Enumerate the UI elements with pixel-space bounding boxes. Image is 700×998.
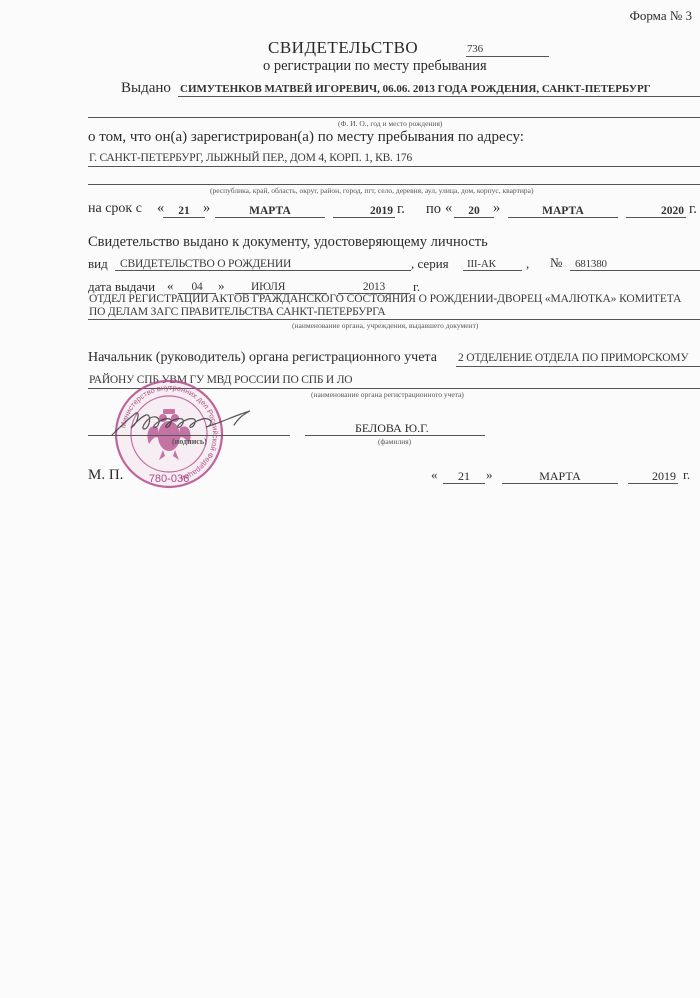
identity-doc-heading: Свидетельство выдано к документу, удосто… bbox=[88, 234, 488, 251]
document-title: СВИДЕТЕЛЬСТВО bbox=[268, 38, 418, 58]
series-label: , серия bbox=[411, 256, 449, 272]
series-value: III-АК bbox=[467, 258, 496, 270]
period-to-year: 2020 bbox=[626, 205, 684, 217]
year-suffix: г. bbox=[397, 201, 405, 218]
authority-hint: (наименование органа регистрационного уч… bbox=[311, 390, 464, 399]
issued-to-hint: (Ф. И. О., год и место рождения) bbox=[338, 119, 442, 128]
authority-label: Начальник (руководитель) органа регистра… bbox=[88, 350, 437, 366]
quote-close: » bbox=[486, 467, 493, 483]
issuer-line-2: ПО ДЕЛАМ ЗАГС ПРАВИТЕЛЬСТВА САНКТ-ПЕТЕРБ… bbox=[89, 306, 386, 318]
official-surname: БЕЛОВА Ю.Г. bbox=[355, 421, 429, 436]
issue-day: 04 bbox=[178, 281, 216, 293]
quote-close: » bbox=[218, 278, 225, 294]
authority-value-line-1: 2 ОТДЕЛЕНИЕ ОТДЕЛА ПО ПРИМОРСКОМУ bbox=[458, 352, 688, 364]
issued-to-label: Выдано bbox=[121, 80, 171, 97]
sign-year: 2019 bbox=[628, 469, 676, 484]
year-suffix: г. bbox=[689, 201, 697, 218]
doc-type-label: вид bbox=[88, 256, 108, 272]
issuer-line-1: ОТДЕЛ РЕГИСТРАЦИИ АКТОВ ГРАЖДАНСКОГО СОС… bbox=[89, 293, 681, 305]
certificate-number: 736 bbox=[467, 43, 483, 55]
quote-close: » bbox=[203, 200, 210, 217]
issuer-hint: (наименование органа, учреждения, выдавш… bbox=[292, 321, 478, 330]
period-to-label: по bbox=[426, 201, 441, 218]
signature-hint: (подпись) bbox=[172, 437, 207, 446]
form-number: Форма № 3 bbox=[630, 8, 692, 24]
sign-month: МАРТА bbox=[502, 469, 618, 484]
quote-open: « bbox=[431, 467, 438, 483]
comma: , bbox=[526, 256, 529, 272]
number-value: 681380 bbox=[575, 258, 607, 270]
quote-open: « bbox=[445, 200, 452, 217]
period-from-day: 21 bbox=[163, 205, 205, 217]
quote-close: » bbox=[493, 200, 500, 217]
issue-month: ИЮЛЯ bbox=[235, 281, 327, 293]
seal-place-label: М. П. bbox=[88, 467, 123, 484]
address-label: о том, что он(а) зарегистрирован(а) по м… bbox=[88, 129, 524, 146]
sign-day: 21 bbox=[443, 469, 485, 484]
doc-type-value: СВИДЕТЕЛЬСТВО О РОЖДЕНИИ bbox=[120, 258, 291, 270]
surname-hint: (фамилия) bbox=[378, 437, 411, 446]
document-subtitle: о регистрации по месту пребывания bbox=[263, 58, 487, 75]
period-label: на срок с bbox=[88, 201, 142, 217]
period-from-year: 2019 bbox=[333, 205, 393, 217]
issued-to-value: СИМУТЕНКОВ МАТВЕЙ ИГОРЕВИЧ, 06.06. 2013 … bbox=[180, 83, 651, 95]
quote-open: « bbox=[167, 278, 174, 294]
stamp-code: 780-036 bbox=[149, 473, 189, 485]
period-to-day: 20 bbox=[454, 205, 494, 217]
number-label: № bbox=[550, 255, 562, 271]
issue-year: 2013 bbox=[338, 281, 410, 293]
year-suffix: г. bbox=[683, 467, 690, 483]
address-value: Г. САНКТ-ПЕТЕРБУРГ, ЛЫЖНЫЙ ПЕР., ДОМ 4, … bbox=[89, 152, 412, 164]
period-from-month: МАРТА bbox=[215, 205, 325, 217]
address-hint: (республика, край, область, округ, район… bbox=[210, 186, 533, 195]
period-to-month: МАРТА bbox=[508, 205, 618, 217]
